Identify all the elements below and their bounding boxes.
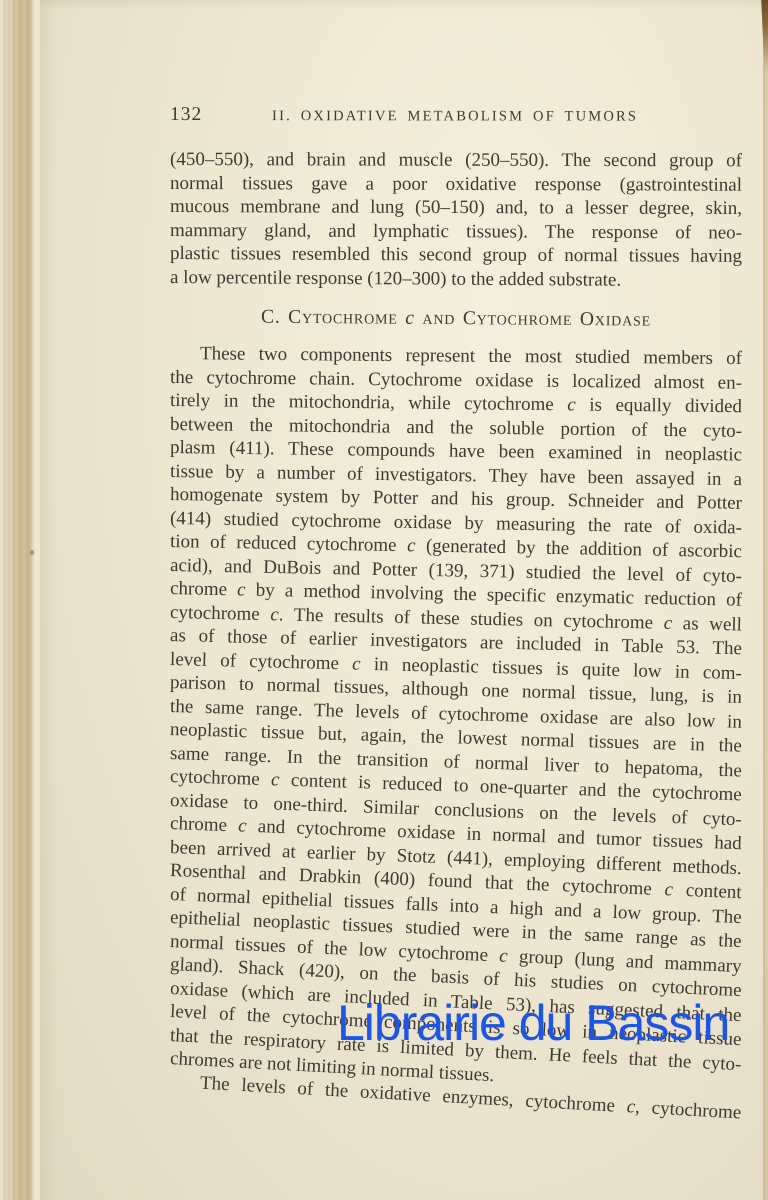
text-line: plastic tissues resembled this second gr… bbox=[170, 242, 742, 268]
page-header: 132 II. OXIDATIVE METABOLISM OF TUMORS bbox=[170, 104, 742, 127]
page-number: 132 bbox=[170, 104, 202, 126]
page-stack-edges bbox=[0, 0, 40, 1200]
body-paragraph-1: (450–550), and brain and muscle (250–550… bbox=[170, 148, 742, 289]
text-line: mucous membrane and lung (50–150) and, t… bbox=[170, 195, 742, 221]
paper-fleck bbox=[30, 550, 34, 555]
text-line: a low percentile response (120–300) to t… bbox=[170, 266, 742, 293]
page-right-edge bbox=[763, 0, 765, 1200]
bookseller-watermark: Librairie du Bassin bbox=[337, 994, 729, 1052]
text-line: normal tissues gave a poor oxidative res… bbox=[170, 172, 742, 197]
section-heading: C. Cytochrome c and Cytochrome Oxidase bbox=[170, 306, 742, 332]
text-line: mammary gland, and lymphatic tissues). T… bbox=[170, 219, 742, 245]
body-paragraph-2: These two components represent the most … bbox=[170, 342, 742, 1071]
text-line: (450–550), and brain and muscle (250–550… bbox=[170, 148, 742, 173]
book-page-photo: 132 II. OXIDATIVE METABOLISM OF TUMORS (… bbox=[0, 0, 768, 1200]
body-paragraph-3: The levels of the oxidative enzymes, cyt… bbox=[170, 1070, 742, 1094]
running-title: II. OXIDATIVE METABOLISM OF TUMORS bbox=[202, 108, 742, 126]
